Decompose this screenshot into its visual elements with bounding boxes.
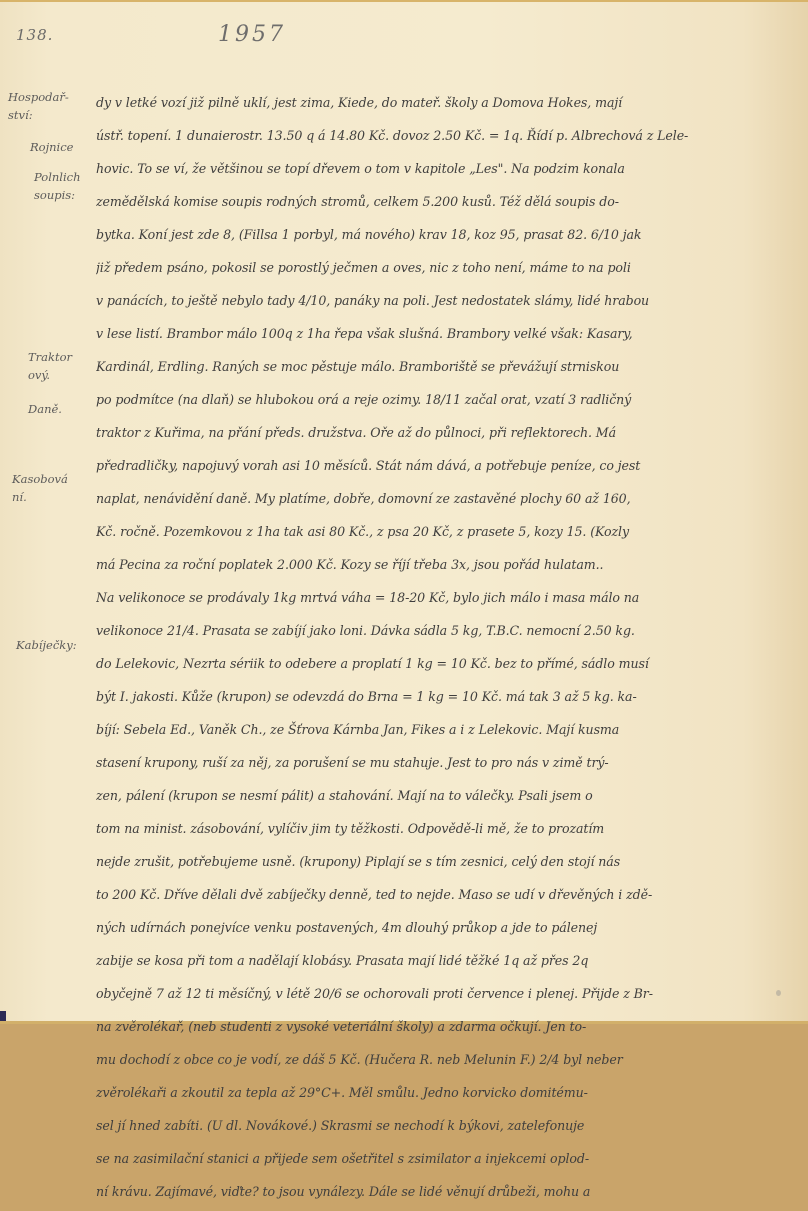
text-line: dy v letké vozí již pilně uklí, jest zim… bbox=[96, 89, 746, 122]
text-line: Kč. ročně. Pozemkovou z 1ha tak asi 80 K… bbox=[96, 518, 746, 551]
text-line: v lese listí. Brambor málo 100q z 1ha ře… bbox=[96, 320, 746, 353]
chronicle-page: 138. 1957 Hospodař- ství: Rojnice Polnli… bbox=[0, 0, 808, 1024]
text-line: již předem psáno, pokosil se porostlý je… bbox=[96, 254, 746, 287]
text-line: naplat, nenávidění daně. My platíme, dob… bbox=[96, 485, 746, 518]
text-line: nejde zrušit, potřebujeme usně. (krupony… bbox=[96, 848, 746, 881]
text-line: má Pecina za roční poplatek 2.000 Kč. Ko… bbox=[96, 551, 746, 584]
text-line: v panácích, to ještě nebylo tady 4/10, p… bbox=[96, 287, 746, 320]
margin-label-zabijecky: Kabíječky: bbox=[16, 636, 77, 654]
page-year-heading: 1957 bbox=[218, 22, 286, 47]
text-line: hovic. To se ví, že většinou se topí dře… bbox=[96, 155, 746, 188]
text-line: bíjí: Sebela Ed., Vaněk Ch., ze Šťrova K… bbox=[96, 716, 746, 749]
handwritten-body-text: dy v letké vozí již pilně uklí, jest zim… bbox=[96, 89, 746, 1024]
text-line: Kardinál, Erdling. Raných se moc pěstuje… bbox=[96, 353, 746, 386]
margin-label-traktor: Traktor ový. bbox=[28, 348, 72, 384]
text-line: to 200 Kč. Dříve dělali dvě zabíječky de… bbox=[96, 881, 746, 914]
text-line: ných udírnách ponejvíce venku postavenýc… bbox=[96, 914, 746, 947]
text-line: po podmítce (na dlaň) se hlubokou orá a … bbox=[96, 386, 746, 419]
text-line: Na velikonoce se prodávaly 1kg mrtvá váh… bbox=[96, 584, 746, 617]
text-line: bytka. Koní jest zde 8, (Fillsa 1 porbyl… bbox=[96, 221, 746, 254]
margin-label-hospodarstvi: Hospodař- ství: bbox=[8, 88, 69, 124]
text-line: být I. jakosti. Kůže (krupon) se odevzdá… bbox=[96, 683, 746, 716]
binding-corner bbox=[0, 1011, 6, 1021]
paper-spot bbox=[776, 990, 781, 996]
page-number: 138. bbox=[16, 26, 53, 44]
text-line: předradličky, napojuvý vorah asi 10 měsí… bbox=[96, 452, 746, 485]
text-line: na zvěrolékař, (neb studenti z vysoké ve… bbox=[96, 1013, 746, 1024]
margin-label-zasobovani: Kasobová ní. bbox=[12, 470, 68, 506]
text-line: zemědělská komise soupis rodných stromů,… bbox=[96, 188, 746, 221]
text-line: do Lelekovic, Nezrta sériik to odebere a… bbox=[96, 650, 746, 683]
margin-label-rojnice: Rojnice bbox=[30, 138, 73, 156]
text-line: zabije se kosa při tom a nadělají klobás… bbox=[96, 947, 746, 980]
text-line: ústř. topení. 1 dunaierostr. 13.50 q á 1… bbox=[96, 122, 746, 155]
text-line: traktor z Kuřima, na přání předs. družst… bbox=[96, 419, 746, 452]
text-line: tom na minist. zásobování, vylíčiv jim t… bbox=[96, 815, 746, 848]
margin-label-dane: Daně. bbox=[28, 400, 62, 418]
text-line: zen, pálení (krupon se nesmí pálit) a st… bbox=[96, 782, 746, 815]
margin-label-soupis: Polnlich soupis: bbox=[34, 168, 80, 204]
text-line: obyčejně 7 až 12 ti měsíčný, v létě 20/6… bbox=[96, 980, 746, 1013]
text-line: velikonoce 21/4. Prasata se zabíjí jako … bbox=[96, 617, 746, 650]
text-line: stasení krupony, ruší za něj, za porušen… bbox=[96, 749, 746, 782]
